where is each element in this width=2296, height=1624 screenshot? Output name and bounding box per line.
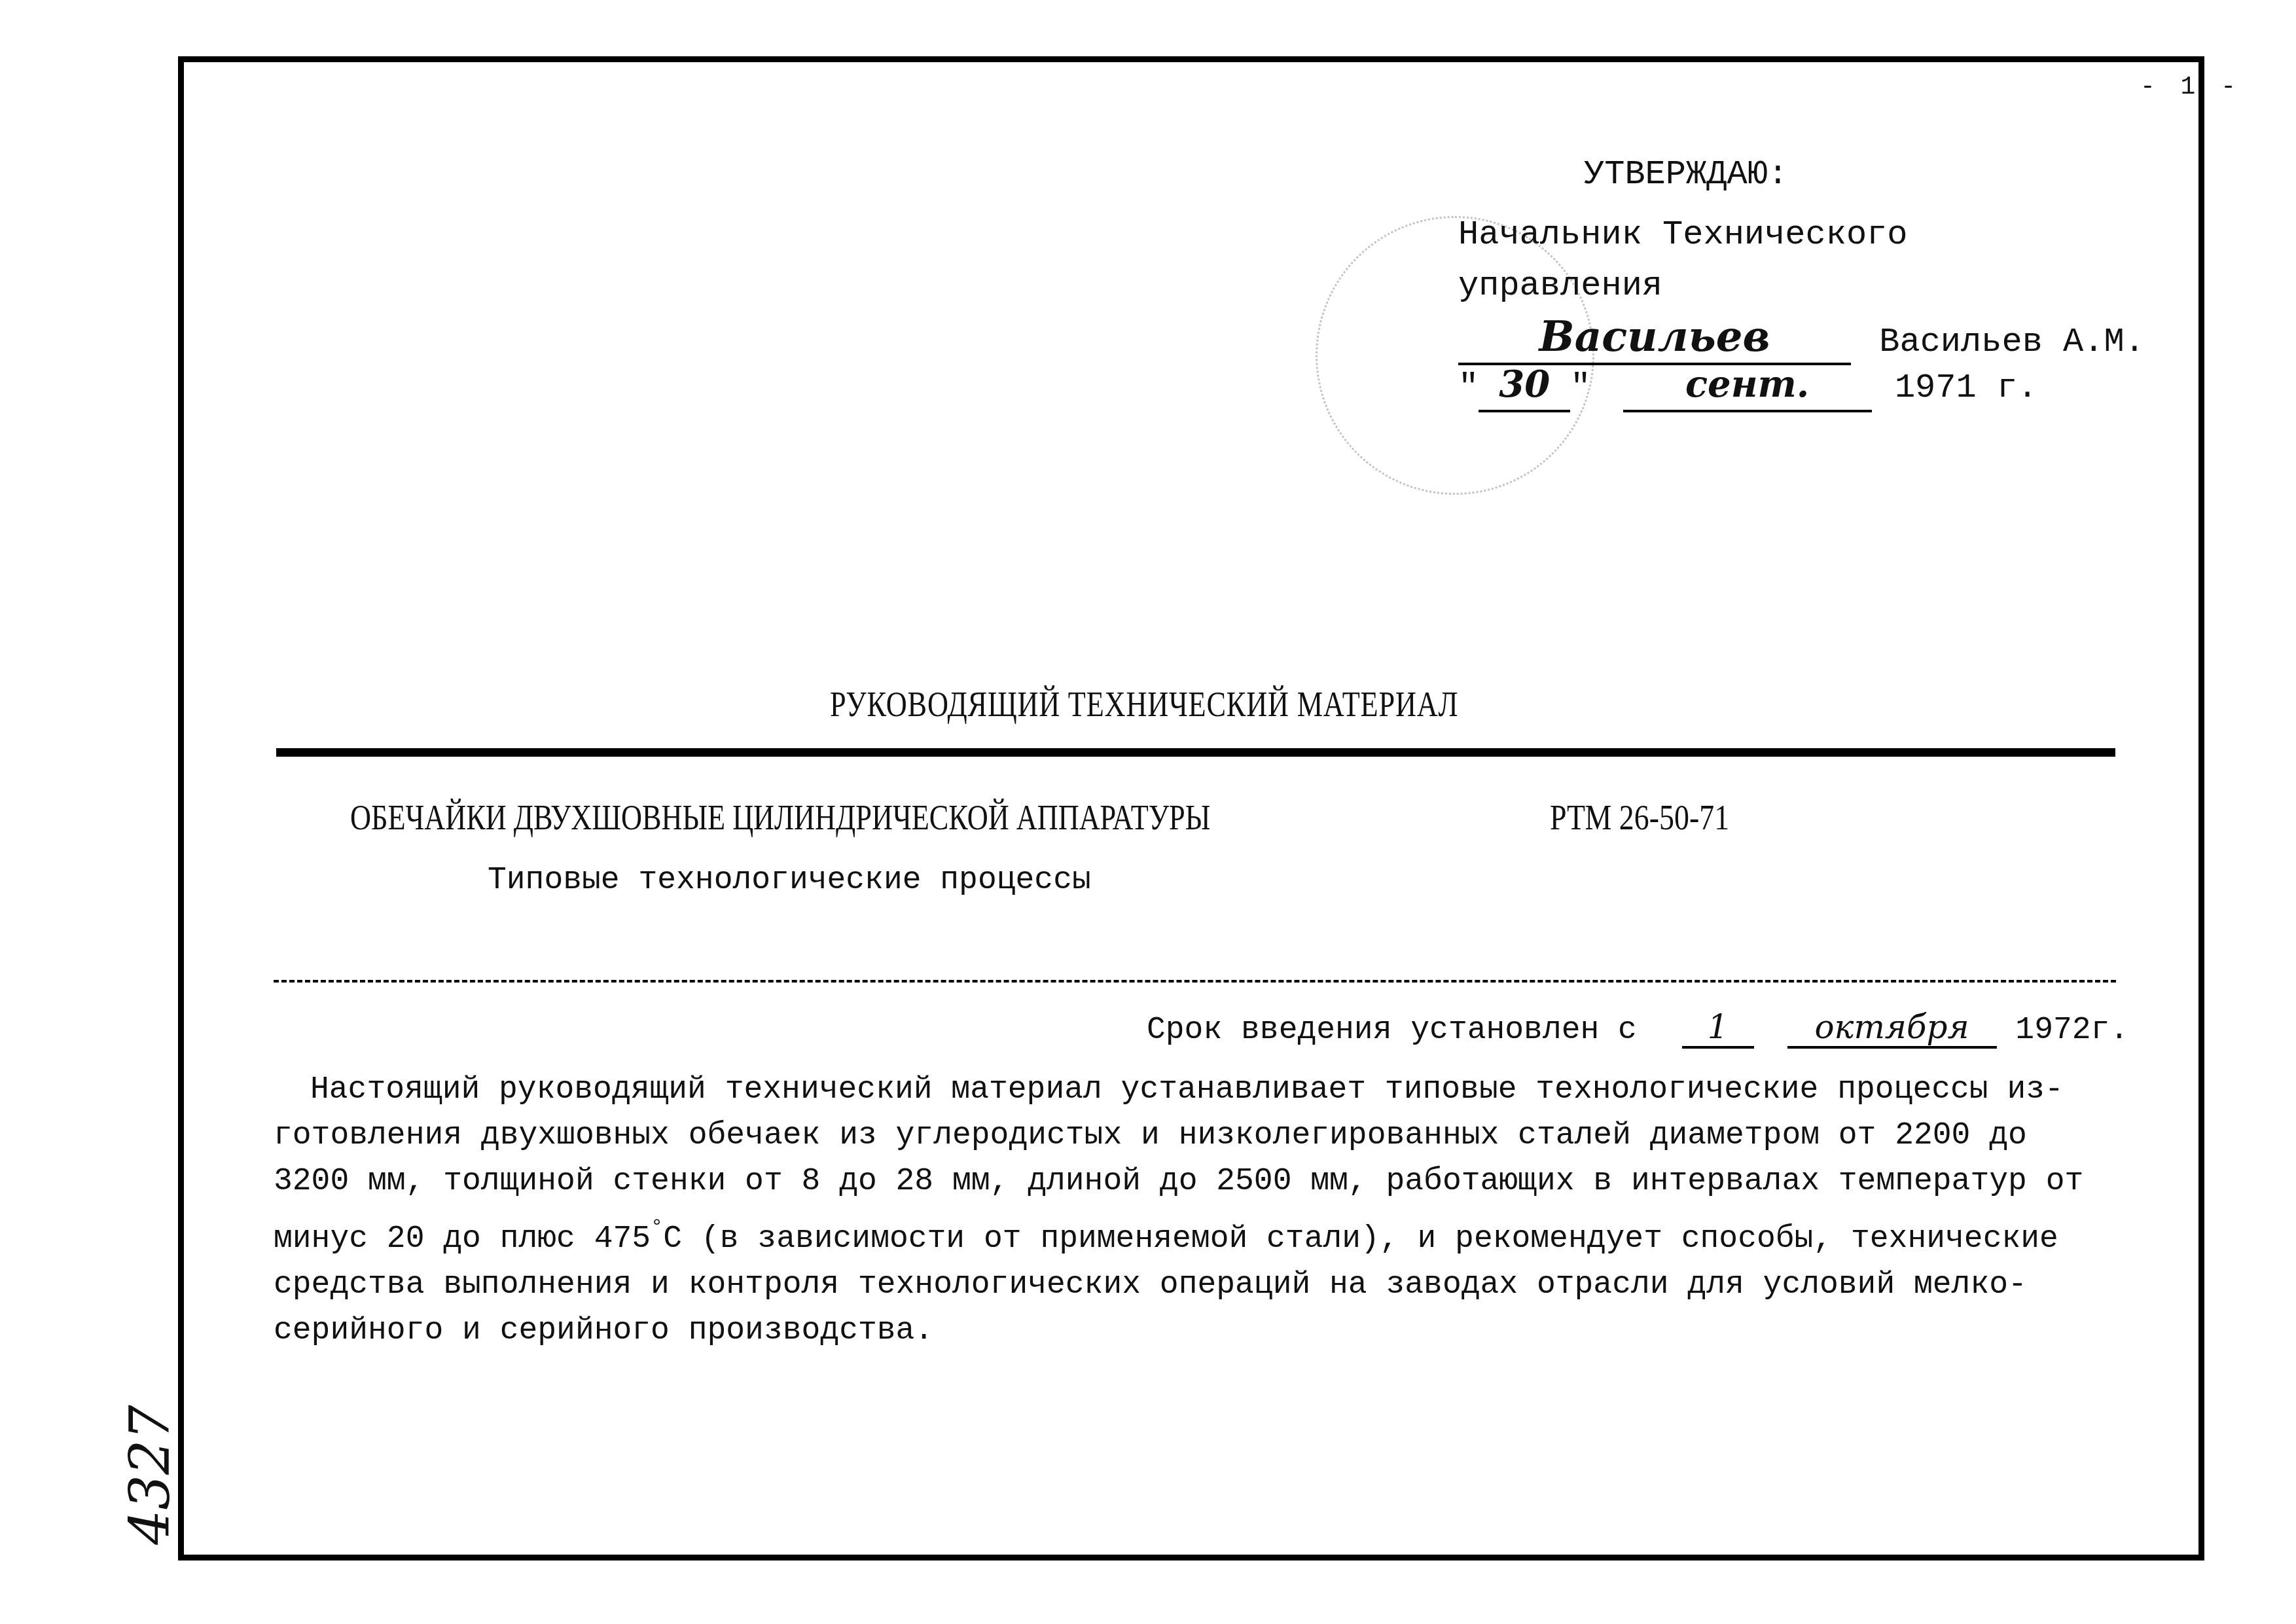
effective-date: Срок введения установлен с 1 октября 197… [1147, 1008, 2128, 1049]
approval-date-year: 1971 г. [1895, 369, 2037, 407]
effective-date-prefix: Срок введения установлен с [1147, 1013, 1637, 1048]
document-title: ОБЕЧАЙКИ ДВУХШОВНЫЕ ЦИЛИНДРИЧЕСКОЙ АППАР… [350, 797, 1210, 838]
approval-heading: УТВЕРЖДАЮ: [1584, 149, 1788, 200]
margin-handwritten-number: 4327 [118, 1405, 182, 1545]
document-kind: РУКОВОДЯЩИЙ ТЕХНИЧЕСКИЙ МАТЕРИАЛ [830, 684, 1458, 725]
approval-date-row: "30" сент. 1971 г. [1458, 359, 2037, 414]
page-number: - 1 - [2140, 73, 2241, 101]
effective-date-year: 1972г. [2015, 1013, 2128, 1048]
body-line-part: С (в зависимости от применяемой стали), … [663, 1221, 2058, 1257]
body-line: Настоящий руководящий технический матери… [274, 1067, 2116, 1113]
approval-date-month: сент. [1623, 359, 1872, 412]
handwritten-signature: Васильев [1458, 312, 1851, 365]
effective-date-day: 1 [1682, 1008, 1754, 1049]
effective-date-month: октября [1787, 1008, 1997, 1049]
approval-position-line2: управления [1458, 261, 1662, 312]
thick-divider [276, 748, 2115, 757]
approval-position-line1: Начальник Технического [1458, 209, 1908, 261]
approval-date-day: 30 [1479, 359, 1570, 412]
body-line: готовления двухшовных обечаек из углерод… [274, 1113, 2116, 1159]
body-line: средства выполнения и контроля технологи… [274, 1262, 2116, 1308]
document-code: РТМ 26-50-71 [1550, 797, 1729, 838]
body-line: 3200 мм, толщиной стенки от 8 до 28 мм, … [274, 1159, 2116, 1204]
body-line-part: минус 20 до плюс 475 [274, 1221, 651, 1257]
signer-name: Васильев А.М. [1879, 323, 2145, 361]
document-subtitle: Типовые технологические процессы [488, 863, 1091, 898]
body-paragraph: Настоящий руководящий технический матери… [274, 1067, 2116, 1354]
degree-sign: ° [651, 1215, 663, 1239]
body-line-temperature: минус 20 до плюс 475°С (в зависимости от… [274, 1204, 2116, 1262]
thin-divider [274, 980, 2116, 983]
body-line: серийного и серийного производства. [274, 1308, 2116, 1354]
